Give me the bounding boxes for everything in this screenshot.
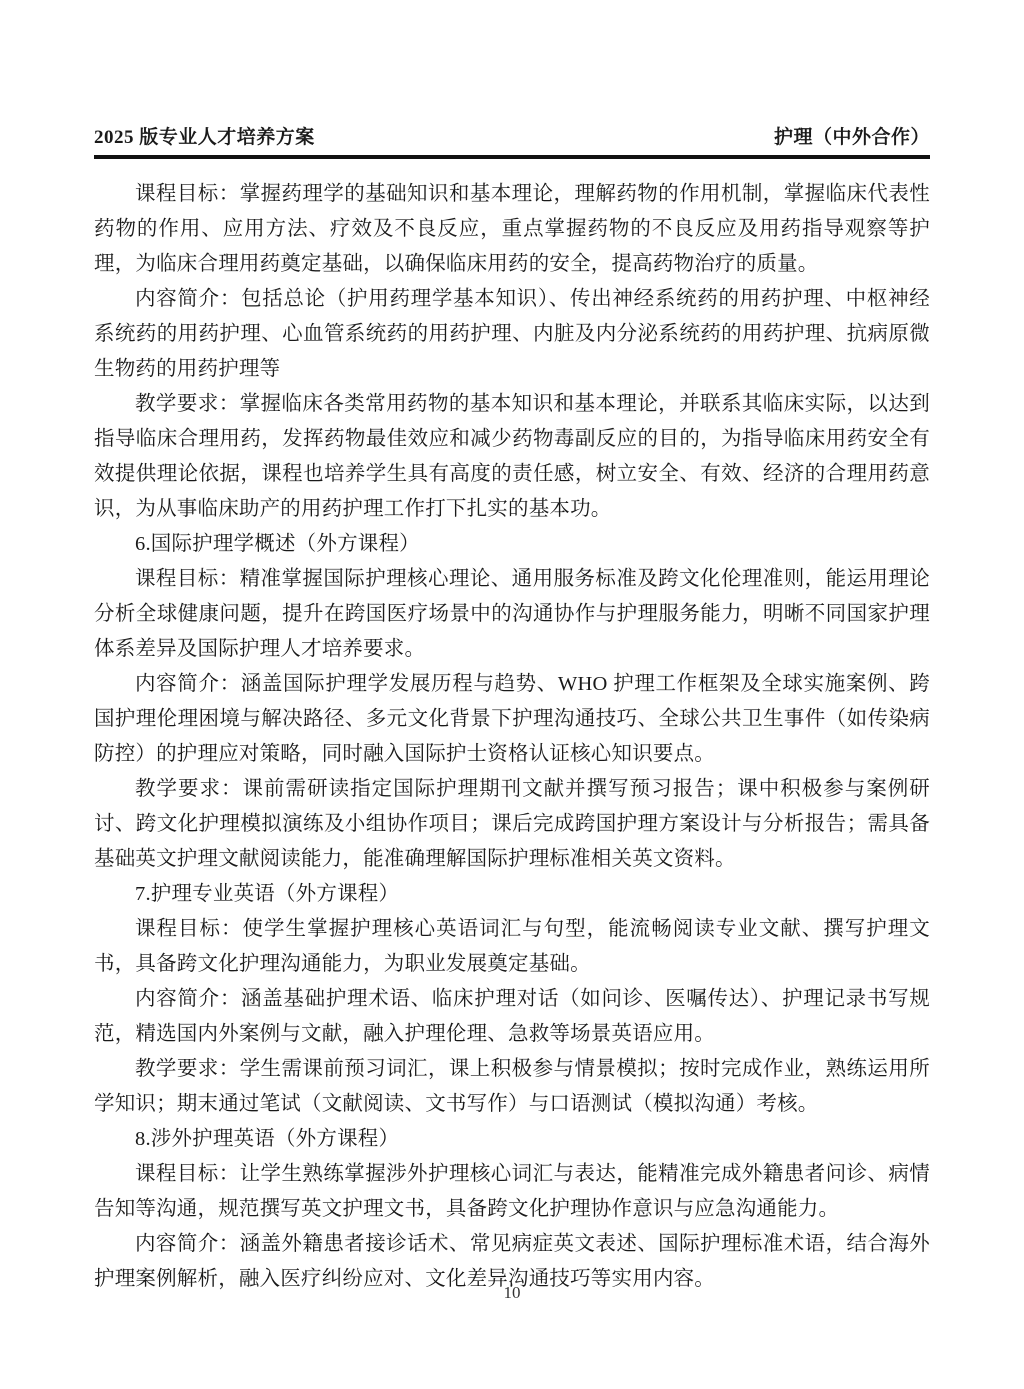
paragraph-course-objective: 课程目标：掌握药理学的基础知识和基本理论，理解药物的作用机制，掌握临床代表性药物… — [94, 177, 930, 282]
paragraph-course-intro: 内容简介：涵盖基础护理术语、临床护理对话（如问诊、医嘱传达）、护理记录书写规范，… — [94, 982, 930, 1052]
paragraph-teaching-requirement: 教学要求：掌握临床各类常用药物的基本知识和基本理论，并联系其临床实际，以达到指导… — [94, 387, 930, 527]
paragraph-course-objective: 课程目标：精准掌握国际护理核心理论、通用服务标准及跨文化伦理准则，能运用理论分析… — [94, 562, 930, 667]
paragraph-teaching-requirement: 教学要求：课前需研读指定国际护理期刊文献并撰写预习报告；课中积极参与案例研讨、跨… — [94, 772, 930, 877]
page-number: 10 — [0, 1283, 1024, 1303]
header-left-title: 2025 版专业人才培养方案 — [94, 122, 315, 149]
document-body: 课程目标：掌握药理学的基础知识和基本理论，理解药物的作用机制，掌握临床代表性药物… — [94, 177, 930, 1297]
header-double-rule — [94, 155, 930, 159]
page-header: 2025 版专业人才培养方案 护理（中外合作） — [94, 0, 930, 149]
course-heading-8: 8.涉外护理英语（外方课程） — [94, 1122, 930, 1157]
course-heading-7: 7.护理专业英语（外方课程） — [94, 877, 930, 912]
paragraph-course-objective: 课程目标：让学生熟练掌握涉外护理核心词汇与表达，能精准完成外籍患者问诊、病情告知… — [94, 1157, 930, 1227]
paragraph-course-intro: 内容简介：包括总论（护用药理学基本知识）、传出神经系统药的用药护理、中枢神经系统… — [94, 282, 930, 387]
paragraph-teaching-requirement: 教学要求：学生需课前预习词汇，课上积极参与情景模拟；按时完成作业，熟练运用所学知… — [94, 1052, 930, 1122]
header-right-title: 护理（中外合作） — [774, 122, 930, 149]
document-page: 2025 版专业人才培养方案 护理（中外合作） 课程目标：掌握药理学的基础知识和… — [0, 0, 1024, 1389]
course-heading-6: 6.国际护理学概述（外方课程） — [94, 527, 930, 562]
paragraph-course-objective: 课程目标：使学生掌握护理核心英语词汇与句型，能流畅阅读专业文献、撰写护理文书，具… — [94, 912, 930, 982]
paragraph-course-intro: 内容简介：涵盖国际护理学发展历程与趋势、WHO 护理工作框架及全球实施案例、跨国… — [94, 667, 930, 772]
